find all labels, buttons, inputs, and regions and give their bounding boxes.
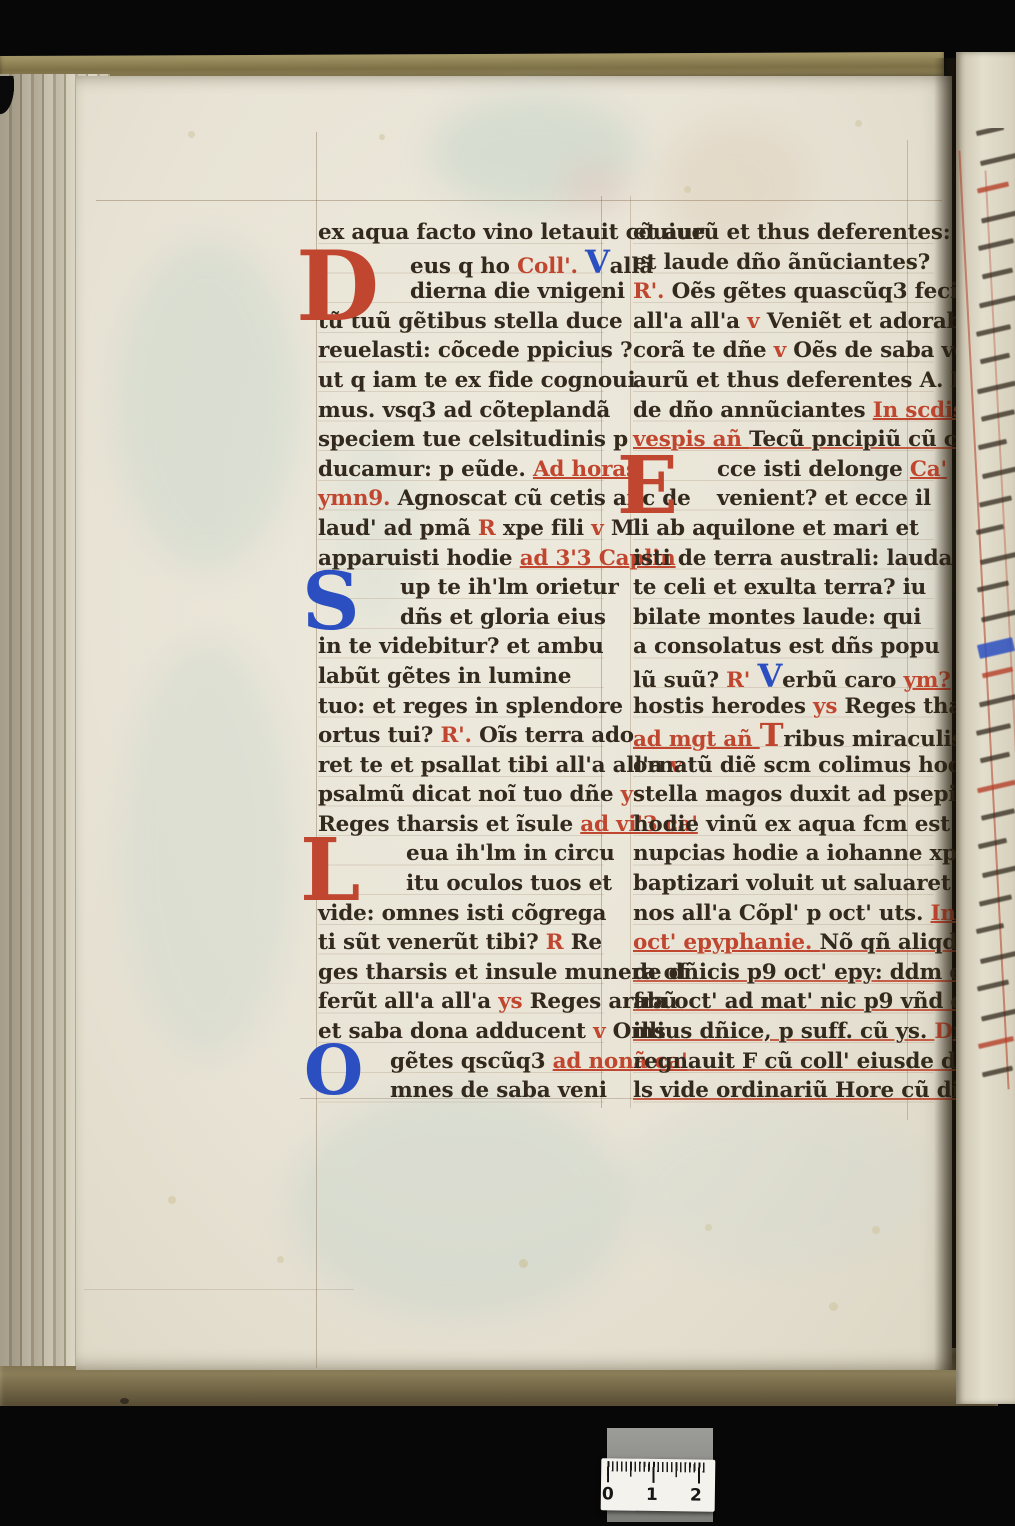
fleck bbox=[277, 1256, 284, 1263]
text-line: ret te et psallat tibi all'a all'a v bbox=[318, 751, 604, 781]
facing-text-line bbox=[976, 324, 1011, 337]
text-line: ducamur: p eũde. Ad horas bbox=[318, 455, 604, 485]
facing-text-line bbox=[977, 779, 1015, 793]
text-line: ges tharsis et insule munera of bbox=[318, 958, 604, 988]
text-line: ad mgt añ Tribus miraculis bbox=[633, 721, 934, 751]
speck bbox=[120, 1398, 129, 1404]
text-line: vide: omnes isti cõgrega bbox=[318, 899, 604, 929]
left-text-column: ex aqua facto vino letauit cõuiueeus q h… bbox=[318, 218, 604, 1107]
fleck bbox=[168, 1196, 176, 1204]
frame-rule-margin bbox=[84, 1289, 354, 1290]
text-line: tuo: et reges in splendore bbox=[318, 692, 604, 722]
facing-text-line bbox=[980, 353, 1010, 365]
facing-text-line bbox=[982, 1065, 1013, 1077]
text-line: fra oct' ad mat' nic p9 vñd di añ bbox=[633, 987, 934, 1017]
text-line: corã te dñe v Oẽs de saba veniẽt bbox=[633, 336, 934, 366]
text-line: hodie vinũ ex aqua fcm est ad bbox=[633, 810, 934, 840]
text-line: up te ih'lm orietur bbox=[318, 573, 604, 603]
facing-text-line bbox=[978, 238, 1014, 251]
right-text-column: et aurũ et thus deferentes:et laude dño … bbox=[633, 218, 934, 1107]
text-line: et laude dño ãnũciantes? bbox=[633, 248, 934, 278]
text-line: ymn9. Agnoscat cũ cetis añc de bbox=[318, 484, 604, 514]
text-line: vespis añ Tecũ pncipiũ cũ cetis bbox=[633, 425, 934, 455]
ruler-cm-ticks bbox=[607, 1461, 707, 1483]
text-line: ferũt all'a all'a ys Reges arabũ bbox=[318, 987, 604, 1017]
text-line: Reges tharsis et ĩsule ad vi'3 ca' bbox=[318, 810, 604, 840]
text-line: all'a all'a v Veniẽt et adorabũt bbox=[633, 307, 934, 337]
ruler-label-1: 1 bbox=[645, 1485, 659, 1505]
facing-text-line bbox=[976, 723, 1011, 736]
text-line: isti de terra australi: lauda bbox=[633, 544, 934, 574]
facing-text-line bbox=[976, 923, 1004, 934]
drop-initial-l: L bbox=[300, 832, 360, 909]
text-line: psalmũ dicat noĩ tuo dñe ys bbox=[318, 780, 604, 810]
text-line: R'. Oẽs gẽtes quascũq3 fecisti. bbox=[633, 277, 934, 307]
frame-rule-top bbox=[96, 200, 942, 201]
facing-text-line bbox=[980, 752, 1010, 764]
facing-text-line bbox=[982, 466, 1015, 479]
facing-text-line bbox=[977, 580, 1009, 592]
facing-text-line bbox=[981, 209, 1015, 223]
facing-text-line bbox=[981, 808, 1015, 821]
facing-text-line bbox=[978, 837, 1007, 848]
facing-text-line bbox=[976, 524, 1004, 535]
fleck bbox=[829, 1302, 838, 1311]
text-line: ti sũt venerũt tibi? R Re bbox=[318, 928, 604, 958]
facing-text-line bbox=[981, 409, 1015, 422]
drop-initial-o: O bbox=[304, 1041, 363, 1102]
facing-text-line bbox=[977, 380, 1015, 394]
text-line: speciem tue celsitudinis p bbox=[318, 425, 604, 455]
text-line: aurũ et thus deferentes A. Et lau bbox=[633, 366, 934, 396]
text-line: ls vide ordinariũ Hore cũ dicẽt bbox=[633, 1076, 934, 1106]
text-line: ornatũ diẽ scm colimus hodie bbox=[633, 751, 934, 781]
facing-text-line bbox=[978, 438, 1007, 449]
facing-text-line bbox=[979, 495, 1012, 507]
fleck bbox=[188, 131, 195, 138]
text-line: in te videbitur? et ambu bbox=[318, 632, 604, 662]
text-line: nupcias hodie a iohanne xpũs bbox=[633, 839, 934, 869]
text-line: eua ih'lm in circu bbox=[318, 839, 604, 869]
text-line: apparuisti hodie ad 3'3 Caplin bbox=[318, 544, 604, 574]
fleck bbox=[705, 1224, 712, 1231]
text-line: oct' epyphanie. Nõ qñ aliqd ev' bbox=[633, 928, 934, 958]
ruler-label-0: 0 bbox=[601, 1484, 615, 1504]
text-line: ortus tui? R'. Oĩs terra ado bbox=[318, 721, 604, 751]
facing-text-line bbox=[978, 1036, 1014, 1049]
fleck bbox=[379, 134, 385, 140]
text-line: hostis herodes ys Reges tharsis bbox=[633, 692, 934, 722]
facing-text-line bbox=[982, 267, 1013, 279]
text-line: a consolatus est dñs popu bbox=[633, 632, 934, 662]
facing-page-text-lines bbox=[972, 128, 1015, 1128]
facing-text-line bbox=[982, 865, 1015, 878]
text-line: laud' ad pmã R xpe fili v M' bbox=[318, 514, 604, 544]
text-line: bilate montes laude: qui bbox=[633, 603, 934, 633]
facing-text-line bbox=[977, 637, 1015, 659]
facing-text-line bbox=[977, 979, 1009, 991]
facing-text-line bbox=[980, 950, 1015, 963]
facing-text-line bbox=[981, 608, 1015, 622]
text-line: stella magos duxit ad psepiũ bbox=[633, 780, 934, 810]
text-line: de dño annũciantes In scdis bbox=[633, 396, 934, 426]
page-stack-notch bbox=[0, 76, 18, 122]
text-line: itu oculos tuos et bbox=[318, 869, 604, 899]
drop-initial-s: S bbox=[302, 565, 360, 637]
text-line: lũ suũ? R' Verbũ caro ym? bbox=[633, 662, 934, 692]
ruler-label-2: 2 bbox=[689, 1485, 703, 1505]
text-line: te celi et exulta terra? iu bbox=[633, 573, 934, 603]
facing-text-line bbox=[979, 694, 1015, 708]
text-line: illius dñice, p suff. cũ ys. Dñs bbox=[633, 1017, 934, 1047]
facing-text-line bbox=[977, 181, 1009, 193]
drop-initial-d: D bbox=[296, 244, 379, 330]
fleck bbox=[872, 1226, 880, 1234]
text-line: venient? et ecce il bbox=[633, 484, 934, 514]
text-line: ut q iam te ex fide cognoui bbox=[318, 366, 604, 396]
drop-initial-e: E bbox=[617, 449, 678, 521]
facing-text-line bbox=[981, 1007, 1015, 1021]
text-line: dñs et gloria eius bbox=[318, 603, 604, 633]
text-line: nos all'a Cõpl' p oct' uts. Infra bbox=[633, 899, 934, 929]
text-line: baptizari voluit ut saluaret bbox=[633, 869, 934, 899]
photograph-of-manuscript: ex aqua facto vino letauit cõuiueeus q h… bbox=[0, 0, 1015, 1526]
text-line: li ab aquilone et mari et bbox=[633, 514, 934, 544]
facing-text-line bbox=[979, 295, 1015, 309]
text-line: cce isti delonge Ca' bbox=[633, 455, 934, 485]
fleck bbox=[684, 186, 691, 193]
facing-text-line bbox=[980, 152, 1015, 165]
text-line: et aurũ et thus deferentes: bbox=[633, 218, 934, 248]
text-line: de dñicis p9 oct' epy: ddm est in bbox=[633, 958, 934, 988]
text-line: regnauit F cũ coll' eiusde dñice de bbox=[633, 1047, 934, 1077]
facing-text-line bbox=[980, 551, 1015, 564]
text-line: labũt gẽtes in lumine bbox=[318, 662, 604, 692]
facing-text-line bbox=[979, 894, 1012, 906]
fleck bbox=[855, 120, 862, 127]
text-line: mus. vsq3 ad cõteplandã bbox=[318, 396, 604, 426]
facing-text-line bbox=[976, 128, 1004, 136]
scale-ruler: 0 1 2 bbox=[601, 1458, 716, 1512]
fleck bbox=[519, 1259, 528, 1268]
facing-text-line bbox=[982, 666, 1013, 678]
